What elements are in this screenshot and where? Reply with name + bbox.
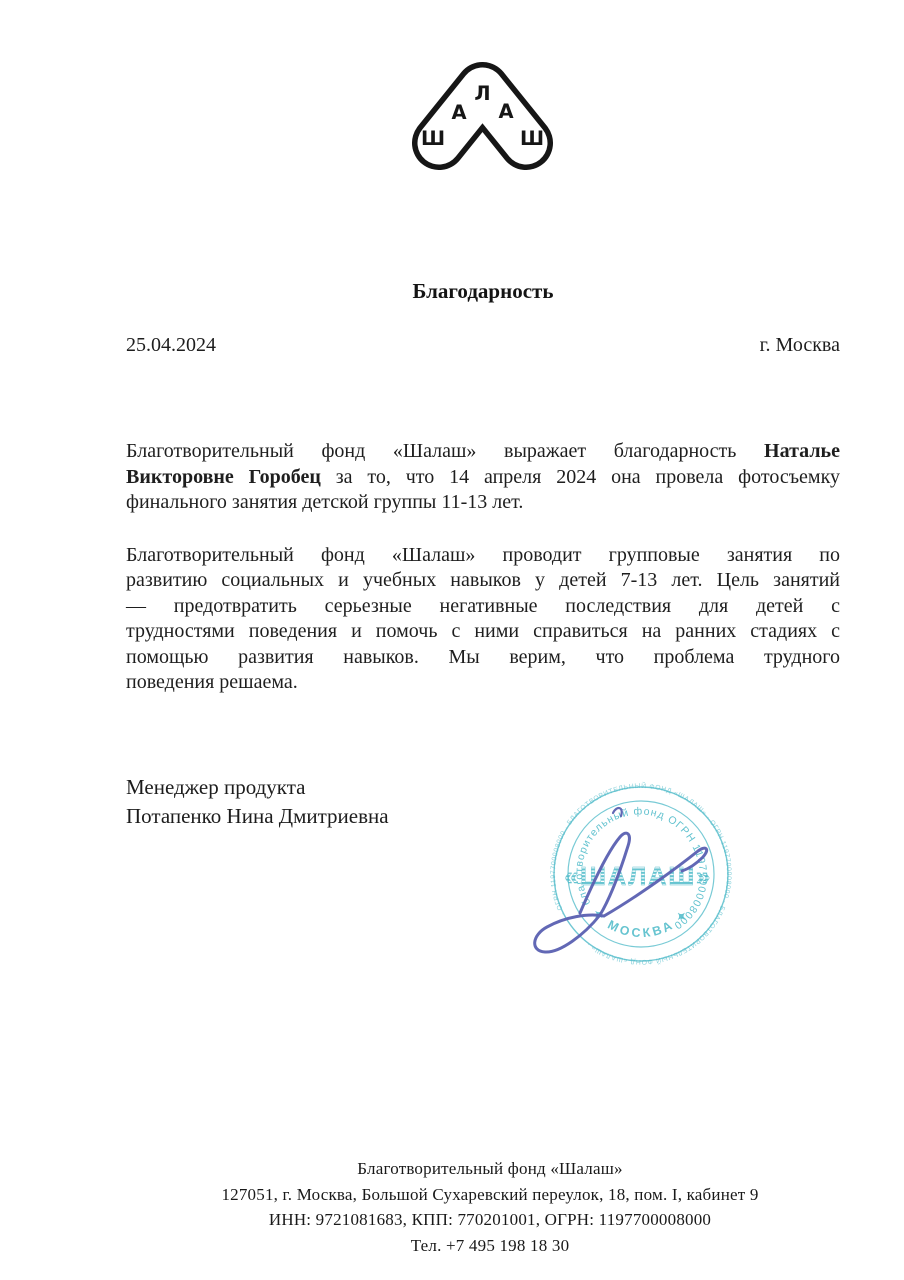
stamp-city-text: ✦ МОСКВА ✦ — [590, 906, 693, 940]
footer-block: Благотворительный фонд «Шалаш»127051, г.… — [134, 1156, 846, 1259]
footer-line: ИНН: 9721081683, КПП: 770201001, ОГРН: 1… — [134, 1207, 846, 1233]
paragraph-line: — предотвратить серьезные негативные пос… — [126, 594, 840, 620]
text-segment: — предотвратить серьезные негативные пос… — [126, 595, 840, 617]
text-segment: Благотворительный фонд «Шалаш» выражает … — [126, 440, 764, 462]
paragraph-line: помощью развития навыков. Мы верим, что … — [126, 645, 840, 671]
bold-text-segment: Наталье — [764, 440, 840, 462]
paragraph-line: Викторовне Горобец за то, что 14 апреля … — [126, 465, 840, 491]
text-segment: финального занятия детской группы 11-13 … — [126, 491, 523, 513]
text-segment: помощью развития навыков. Мы верим, что … — [126, 646, 840, 668]
logo-letter-sh-left: Ш — [421, 127, 445, 150]
logo-letter-sh-right: Ш — [520, 127, 544, 150]
paragraph-line: трудностями поведения и помочь с ними сп… — [126, 619, 840, 645]
stamp-center-text: «ШАЛАШ» — [564, 861, 712, 891]
paragraph-line: развитию социальных и учебных навыков у … — [126, 568, 840, 594]
footer-line: Благотворительный фонд «Шалаш» — [134, 1156, 846, 1182]
document-city: г. Москва — [760, 334, 840, 357]
paragraph-line: Благотворительный фонд «Шалаш» проводит … — [126, 543, 840, 569]
date-city-row: 25.04.2024 г. Москва — [126, 334, 840, 357]
stamp-and-signature: · ОГРН 1197700008000 · БЛАГОТВОРИТЕЛЬНЫЙ… — [520, 763, 755, 975]
logo-letter-a-right: А — [498, 100, 513, 123]
text-segment: развитию социальных и учебных навыков у … — [126, 569, 840, 591]
text-segment: поведения решаема. — [126, 671, 298, 693]
shalash-logo: Ш А Л А Ш — [412, 62, 553, 170]
body-paragraphs: Благотворительный фонд «Шалаш» выражает … — [126, 439, 840, 723]
signer-role: Менеджер продукта — [126, 773, 389, 802]
paragraph-line: поведения решаема. — [126, 670, 840, 696]
paragraph-line: финального занятия детской группы 11-13 … — [126, 490, 840, 516]
bold-text-segment: Викторовне Горобец — [126, 466, 321, 488]
document-title: Благодарность — [126, 279, 840, 304]
signature-block: Менеджер продукта Потапенко Нина Дмитрие… — [126, 773, 389, 831]
footer-line: 127051, г. Москва, Большой Сухаревский п… — [134, 1182, 846, 1208]
document-page: Ш А Л А Ш Благодарность 25.04.2024 г. Мо… — [0, 0, 904, 1280]
document-date: 25.04.2024 — [126, 334, 216, 357]
logo-letter-a-left: А — [451, 101, 466, 124]
text-segment: за то, что 14 апреля 2024 она провела фо… — [321, 466, 840, 488]
text-segment: Благотворительный фонд «Шалаш» проводит … — [126, 544, 840, 566]
footer-line: Тел. +7 495 198 18 30 — [134, 1233, 846, 1259]
signer-name: Потапенко Нина Дмитриевна — [126, 802, 389, 831]
logo-letter-l: Л — [474, 82, 490, 105]
text-segment: трудностями поведения и помочь с ними сп… — [126, 620, 840, 642]
paragraph: Благотворительный фонд «Шалаш» выражает … — [126, 439, 840, 516]
paragraph-line: Благотворительный фонд «Шалаш» выражает … — [126, 439, 840, 465]
paragraph: Благотворительный фонд «Шалаш» проводит … — [126, 543, 840, 696]
